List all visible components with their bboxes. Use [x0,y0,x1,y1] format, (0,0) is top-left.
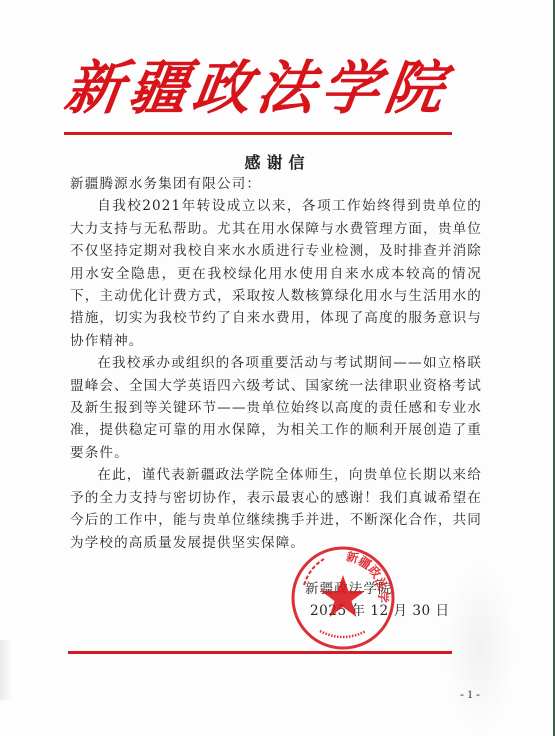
letterhead-institution-name: 新疆政法学院 [58,38,459,128]
footer-red-rule [68,651,452,654]
letter-body: 新疆腾源水务集团有限公司： 自我校2021年转设成立以来，各项工作始终得到贵单位… [70,173,482,554]
official-seal-icon: 新疆政法学院 [290,545,396,651]
scan-shadow [0,640,12,700]
paragraph: 在我校承办或组织的各项重要活动与考试期间——如立格联盟峰会、全国大学英语四六级考… [70,352,482,464]
paragraph: 自我校2021年转设成立以来，各项工作始终得到贵单位的大力支持与无私帮助。尤其在… [70,195,482,352]
letterhead-red-rule [64,132,452,135]
letter-title: 感谢信 [0,150,555,173]
page-number: - 1 - [460,687,480,702]
salutation: 新疆腾源水务集团有限公司： [70,173,482,195]
paragraph: 在此，谨代表新疆政法学院全体师生，向贵单位长期以来给予的全力支持与密切协作，表示… [70,464,482,554]
scan-shadow [445,560,515,736]
document-page: 新疆政法学院 感谢信 新疆腾源水务集团有限公司： 自我校2021年转设成立以来，… [0,0,555,736]
